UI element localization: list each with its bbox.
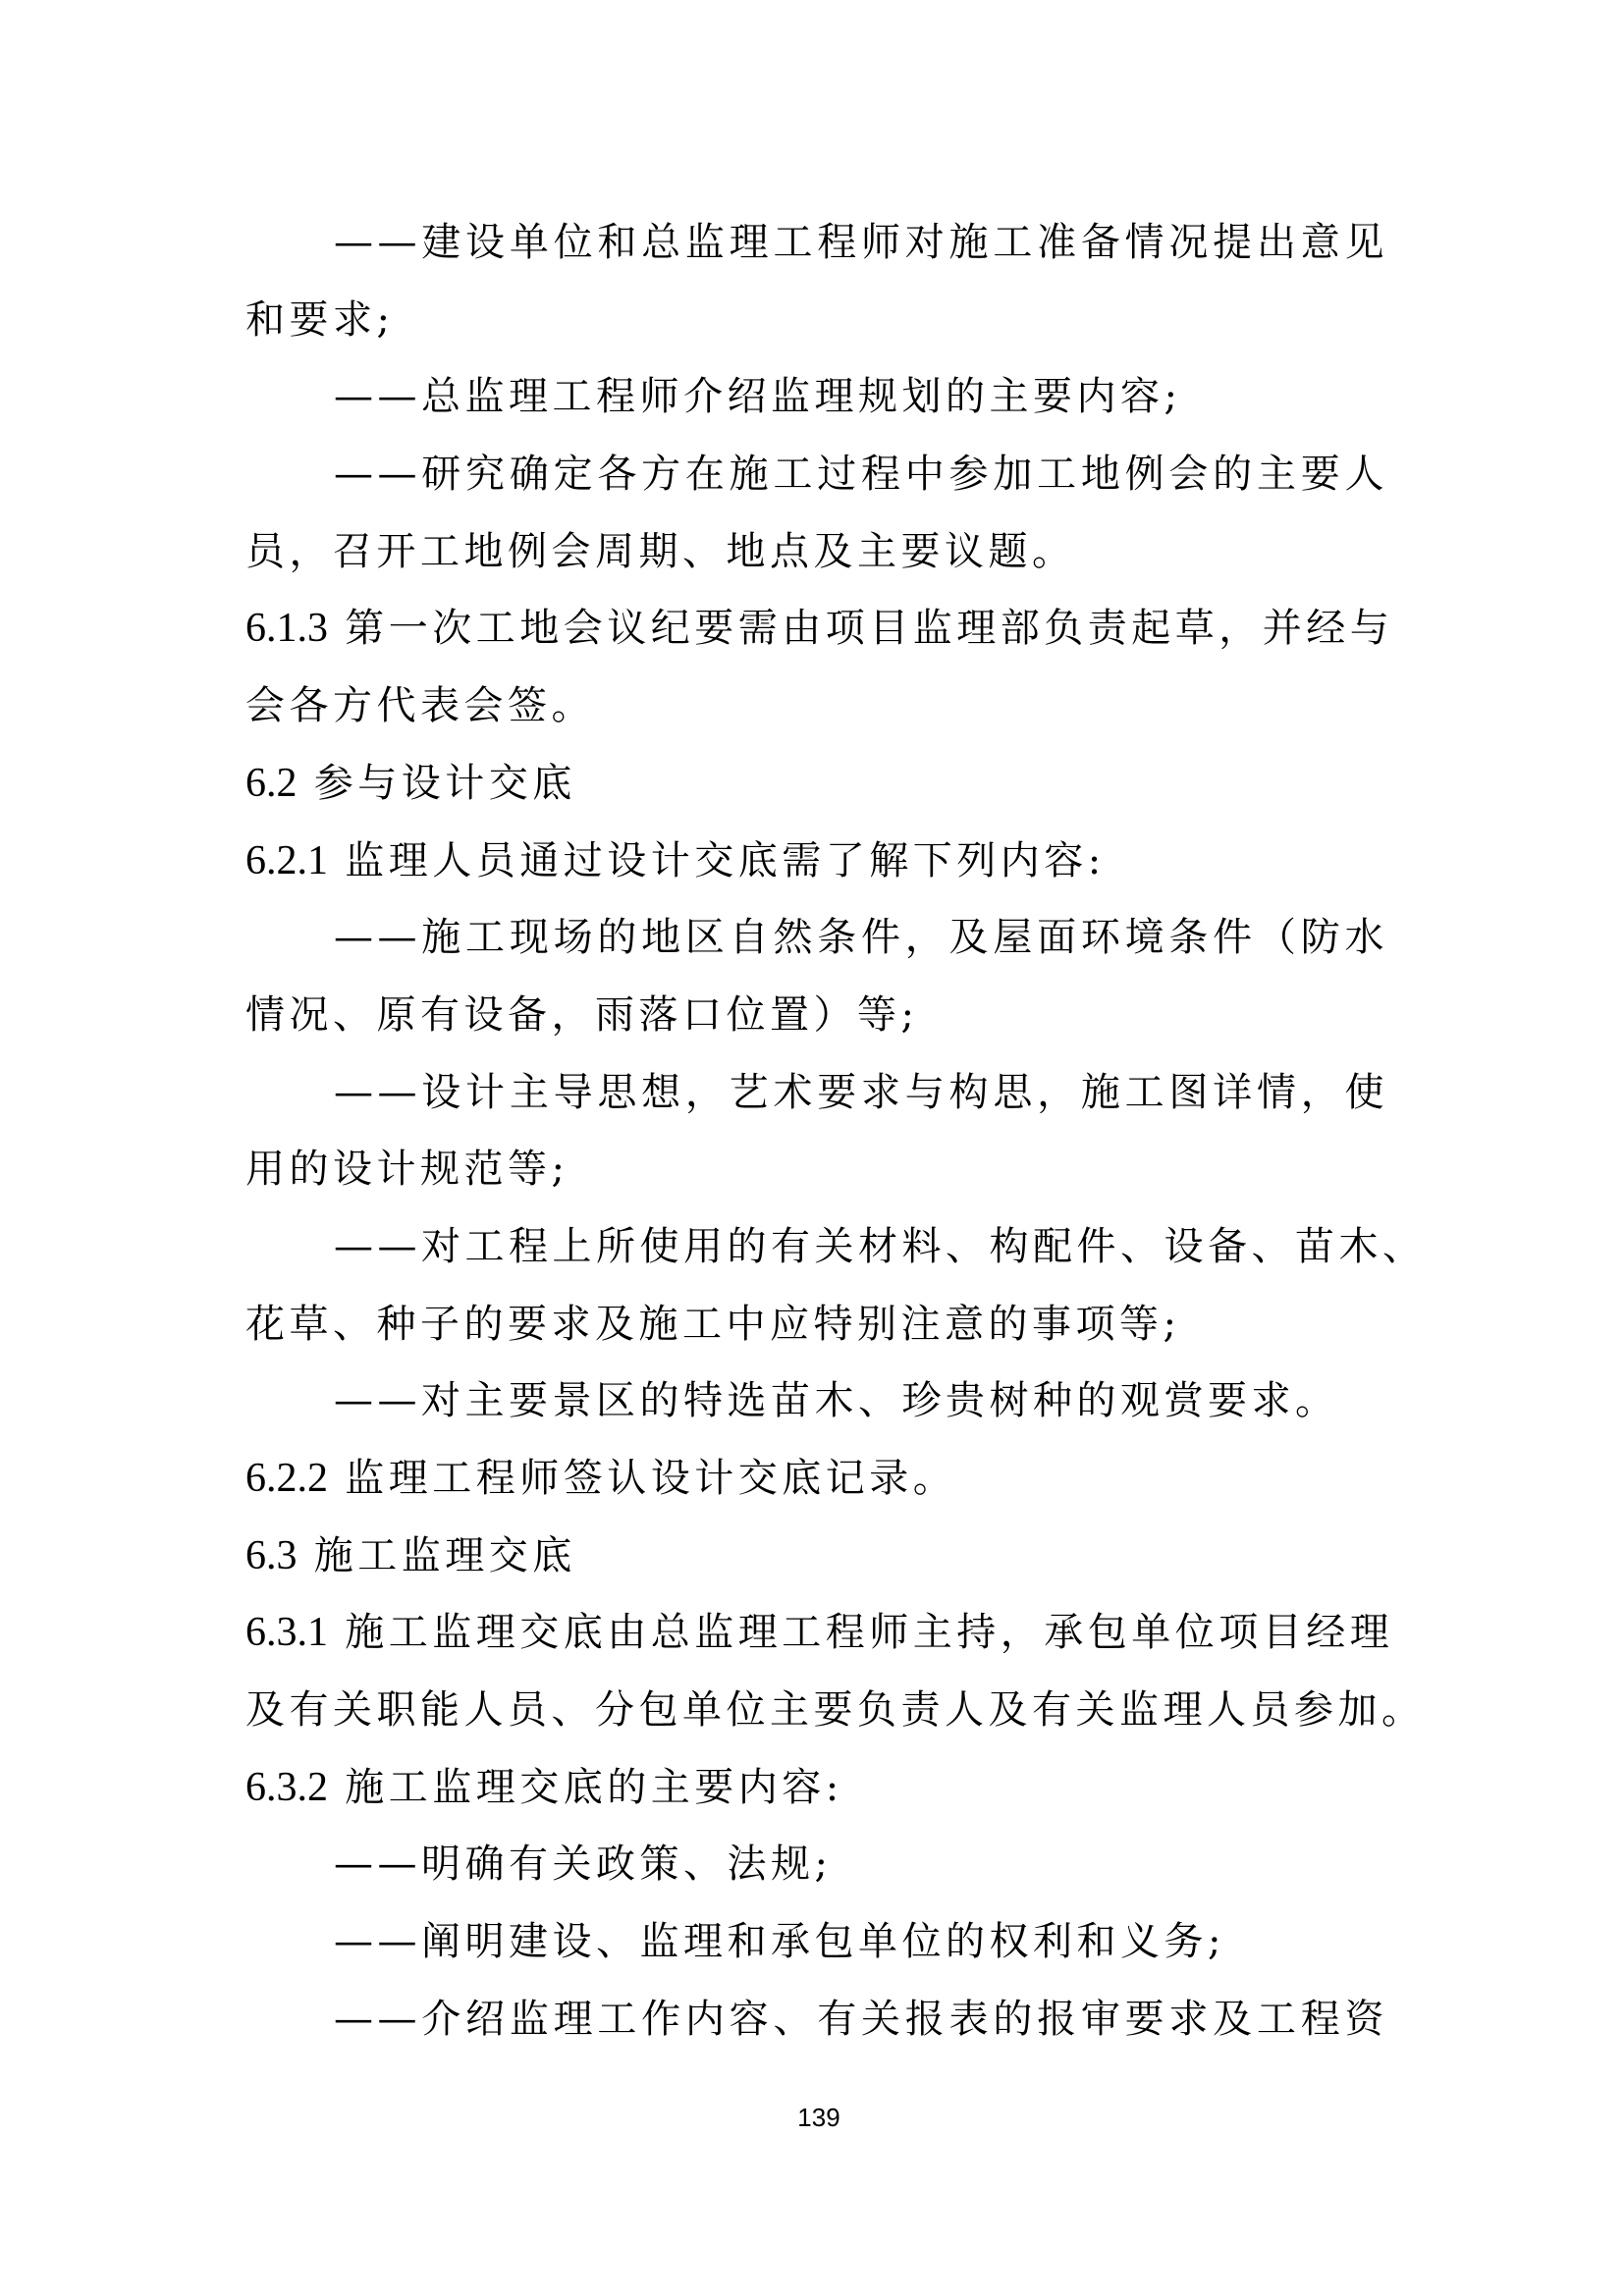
text-line: 情况、原有设备，雨落口位置）等; bbox=[245, 977, 1388, 1054]
line-text: 参与设计交底 bbox=[314, 761, 576, 806]
list-item-line: ——施工现场的地区自然条件，及屋面环境条件（防水 bbox=[245, 899, 1388, 977]
list-item-line: ——对工程上所使用的有关材料、构配件、设备、苗木、 bbox=[245, 1208, 1388, 1286]
line-text: 监理人员通过设计交底需了解下列内容: bbox=[345, 838, 1105, 883]
section-number: 6.1.3 bbox=[245, 606, 328, 651]
section-line: 6.3.2 施工监理交底的主要内容: bbox=[245, 1749, 1388, 1827]
line-text: ——明确有关政策、法规; bbox=[334, 1842, 832, 1887]
list-item-line: ——设计主导思想，艺术要求与构思，施工图详情，使 bbox=[245, 1054, 1388, 1132]
section-number: 6.2.1 bbox=[245, 838, 328, 883]
section-line: 6.2 参与设计交底 bbox=[245, 745, 1388, 823]
section-line: 6.3.1 施工监理交底由总监理工程师主持，承包单位项目经理 bbox=[245, 1594, 1388, 1672]
document-page: ——建设单位和总监理工程师对施工准备情况提出意见和要求;——总监理工程师介绍监理… bbox=[0, 0, 1624, 2296]
section-number: 6.2.2 bbox=[245, 1456, 328, 1501]
line-text: 及有关职能人员、分包单位主要负责人及有关监理人员参加。 bbox=[245, 1687, 1426, 1733]
line-text: ——介绍监理工作内容、有关报表的报审要求及工程资 bbox=[334, 1997, 1388, 2042]
line-text: ——总监理工程师介绍监理规划的主要内容; bbox=[334, 374, 1181, 419]
list-item-line: ——阐明建设、监理和承包单位的权利和义务; bbox=[245, 1903, 1388, 1981]
line-text: 情况、原有设备，雨落口位置）等; bbox=[245, 992, 918, 1038]
line-text: 会各方代表会签。 bbox=[245, 683, 595, 728]
line-text: ——对工程上所使用的有关材料、构配件、设备、苗木、 bbox=[334, 1224, 1427, 1269]
line-text: ——研究确定各方在施工过程中参加工地例会的主要人 bbox=[334, 452, 1388, 497]
text-line: 用的设计规范等; bbox=[245, 1131, 1388, 1208]
line-text: ——阐明建设、监理和承包单位的权利和义务; bbox=[334, 1919, 1225, 1964]
line-text: ——施工现场的地区自然条件，及屋面环境条件（防水 bbox=[334, 915, 1388, 960]
list-item-line: ——介绍监理工作内容、有关报表的报审要求及工程资 bbox=[245, 1981, 1388, 2058]
text-line: 会各方代表会签。 bbox=[245, 667, 1388, 745]
list-item-line: ——建设单位和总监理工程师对施工准备情况提出意见 bbox=[245, 204, 1388, 282]
section-number: 6.2 bbox=[245, 761, 298, 806]
list-item-line: ——明确有关政策、法规; bbox=[245, 1826, 1388, 1903]
line-text: 员，召开工地例会周期、地点及主要议题。 bbox=[245, 529, 1076, 574]
line-text: 施工监理交底由总监理工程师主持，承包单位项目经理 bbox=[345, 1610, 1393, 1655]
line-text: 花草、种子的要求及施工中应特别注意的事项等; bbox=[245, 1302, 1180, 1347]
list-item-line: ——研究确定各方在施工过程中参加工地例会的主要人 bbox=[245, 436, 1388, 513]
section-line: 6.2.2 监理工程师签认设计交底记录。 bbox=[245, 1440, 1388, 1518]
line-text: 和要求; bbox=[245, 297, 394, 343]
text-line: 及有关职能人员、分包单位主要负责人及有关监理人员参加。 bbox=[245, 1672, 1388, 1749]
page-number: 139 bbox=[0, 2103, 1624, 2133]
line-text: ——建设单位和总监理工程师对施工准备情况提出意见 bbox=[334, 220, 1388, 265]
section-number: 6.3 bbox=[245, 1533, 298, 1578]
line-text: ——对主要景区的特选苗木、珍贵树种的观赏要求。 bbox=[334, 1378, 1339, 1423]
body-text: ——建设单位和总监理工程师对施工准备情况提出意见和要求;——总监理工程师介绍监理… bbox=[245, 204, 1388, 2058]
text-line: 员，召开工地例会周期、地点及主要议题。 bbox=[245, 513, 1388, 591]
text-line: 和要求; bbox=[245, 282, 1388, 359]
list-item-line: ——对主要景区的特选苗木、珍贵树种的观赏要求。 bbox=[245, 1362, 1388, 1440]
line-text: 监理工程师签认设计交底记录。 bbox=[345, 1456, 956, 1501]
section-line: 6.3 施工监理交底 bbox=[245, 1518, 1388, 1595]
line-text: 施工监理交底的主要内容: bbox=[345, 1765, 842, 1810]
line-text: 施工监理交底 bbox=[314, 1533, 576, 1578]
section-line: 6.1.3 第一次工地会议纪要需由项目监理部负责起草，并经与 bbox=[245, 590, 1388, 667]
line-text: 用的设计规范等; bbox=[245, 1147, 568, 1192]
section-line: 6.2.1 监理人员通过设计交底需了解下列内容: bbox=[245, 823, 1388, 900]
line-text: 第一次工地会议纪要需由项目监理部负责起草，并经与 bbox=[345, 606, 1393, 651]
line-text: ——设计主导思想，艺术要求与构思，施工图详情，使 bbox=[334, 1070, 1388, 1115]
list-item-line: ——总监理工程师介绍监理规划的主要内容; bbox=[245, 358, 1388, 436]
section-number: 6.3.1 bbox=[245, 1610, 328, 1655]
text-line: 花草、种子的要求及施工中应特别注意的事项等; bbox=[245, 1286, 1388, 1363]
section-number: 6.3.2 bbox=[245, 1765, 328, 1810]
